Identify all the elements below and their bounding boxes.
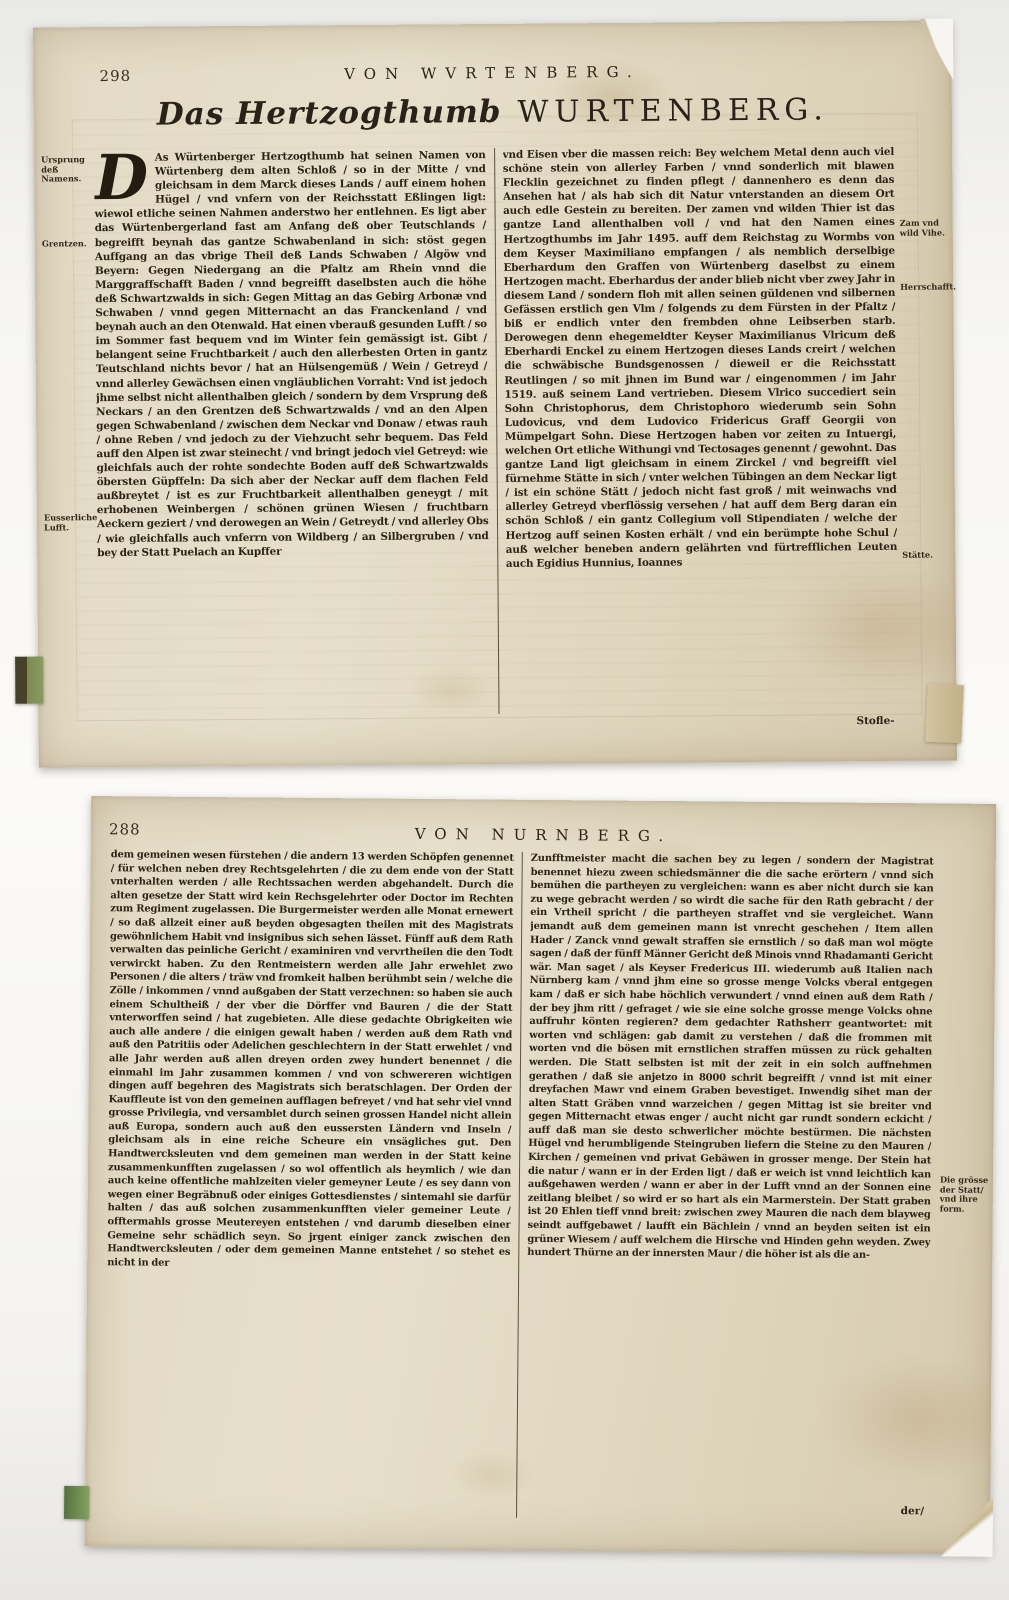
left-column: DAs Würtenberger Hertzogthumb hat seinen…	[94, 148, 490, 717]
photo-background: 298 VON WVRTENBERG. Das HertzogthumbWURT…	[0, 0, 1009, 1600]
chapter-title-roman: WURTENBERG.	[517, 92, 829, 129]
margin-note-staette: Stätte.	[902, 550, 952, 560]
right-column: vnd Eisen vber die massen reich: Bey wel…	[503, 145, 899, 714]
left-column-text: As Würtenberger Hertzogthumb hat seinen …	[95, 149, 489, 559]
text-block: dem gemeinen wesen fürstehen / die ander…	[105, 848, 934, 1521]
margin-note-zam-vnd-wild-vihe: Zam vnd wild Vihe.	[900, 218, 950, 238]
margin-note-groesse-der-statt: Die grösse der Statt/ vnd ihre form.	[940, 1175, 990, 1214]
text-block: DAs Würtenberger Hertzogthumb hat seinen…	[94, 145, 898, 717]
column-divider-rule	[494, 148, 499, 714]
worn-paper-tab-right	[925, 684, 964, 744]
margin-note-herrschafft: Herrschafft.	[900, 282, 950, 292]
margin-note-eusserliche-lufft: Eusserliche Lufft.	[44, 513, 94, 533]
chapter-title-fraktur: Das Hertzogthumb	[157, 94, 502, 133]
drop-cap-initial: D	[94, 151, 155, 203]
chapter-title: Das HertzogthumbWURTENBERG.	[34, 90, 952, 133]
sheet-page-298: 298 VON WVRTENBERG. Das HertzogthumbWURT…	[33, 20, 957, 767]
catchword: der/	[901, 1505, 924, 1517]
margin-note-ursprung: Ursprung deß Namens.	[41, 155, 91, 184]
left-column: dem gemeinen wesen fürstehen / die ander…	[105, 848, 514, 1517]
catchword: Stofle-	[856, 715, 894, 727]
margin-note-grentzen: Grentzen.	[42, 239, 92, 249]
green-bookmark-tab-top	[15, 657, 43, 704]
running-head: VON NURNBERG.	[91, 822, 996, 848]
sheet-page-288: 288 VON NURNBERG. Die grösse der Statt/ …	[85, 796, 997, 1554]
right-column: Zunfftmeister macht die sachen bey zu le…	[525, 852, 934, 1521]
column-divider-rule	[516, 852, 523, 1518]
running-head: VON WVRTENBERG.	[33, 60, 951, 85]
green-bookmark-tab-bottom	[64, 1486, 89, 1519]
bent-corner-bottom-right	[941, 1497, 994, 1557]
